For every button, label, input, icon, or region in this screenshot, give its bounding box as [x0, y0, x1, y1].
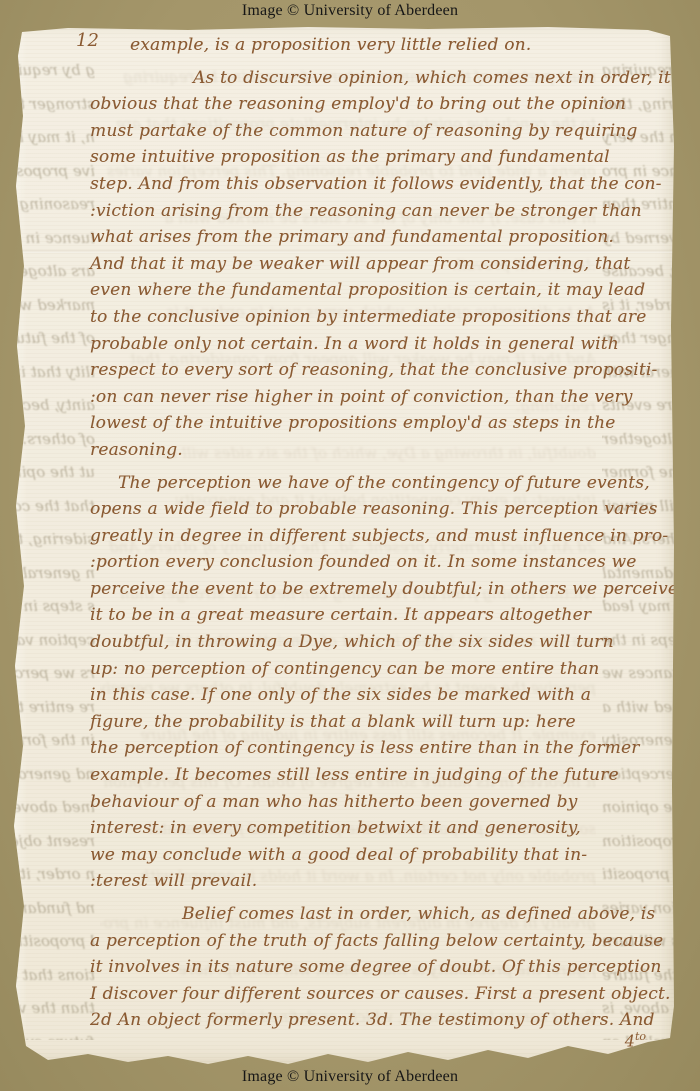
manuscript-line: some intuitive proposition as the primar… — [90, 144, 670, 171]
manuscript-line: we may conclude with a good deal of prob… — [90, 842, 670, 869]
bleedthrough-line: reasoning. — [11, 188, 95, 222]
bleedthrough-line: g by requiring — [11, 54, 95, 88]
bleedthrough-line: of others. And — [11, 423, 95, 457]
manuscript-page: g by requiring stronger thann, it may le… — [8, 26, 676, 1066]
bleedthrough-line: sidering, that — [11, 523, 95, 557]
bleedthrough-line: re entire than — [11, 691, 95, 725]
manuscript-line: :terest will prevail. — [90, 868, 670, 895]
manuscript-line: opens a wide field to probable reasoning… — [90, 496, 670, 523]
bleedthrough-line: s steps in the — [11, 590, 95, 624]
bleedthrough-line: l proposition. — [11, 925, 95, 959]
manuscript-line: perceive the event to be extremely doubt… — [90, 576, 670, 603]
image-credit-footer: Image © University of Aberdeen — [0, 1068, 700, 1086]
bleedthrough-line: ined above, is — [11, 791, 95, 825]
bleedthrough-line: ility that in- — [11, 356, 95, 390]
bleedthrough-line: tions that are — [11, 959, 95, 993]
manuscript-line: 2d An object formerly present. 3d. The t… — [90, 1007, 670, 1034]
manuscript-line: even where the fundamental proposition i… — [90, 277, 670, 304]
manuscript-line: :viction arising from the reasoning can … — [90, 198, 670, 225]
bleedthrough-line: rs we perceive — [11, 657, 95, 691]
manuscript-line: The perception we have of the contingenc… — [118, 470, 670, 497]
manuscript-line: And that it may be weaker will appear fr… — [90, 251, 670, 278]
bleedthrough-line: stronger than — [11, 88, 95, 122]
manuscript-scan: Image © University of Aberdeen g by requ… — [0, 0, 700, 1091]
manuscript-line: the perception of contingency is less en… — [90, 735, 670, 762]
manuscript-line: example, is a proposition very little re… — [130, 32, 670, 59]
manuscript-line: Belief comes last in order, which, as de… — [182, 901, 670, 928]
bleedthrough-line: of the future — [11, 322, 95, 356]
catchword: 4to — [625, 1030, 646, 1050]
bleedthrough-line: ut the opinion — [11, 456, 95, 490]
manuscript-line: :on can never rise higher in point of co… — [90, 384, 670, 411]
bleedthrough-line: ars altogether — [11, 255, 95, 289]
manuscript-line: it involves in its nature some degree of… — [90, 954, 670, 981]
manuscript-line: greatly in degree in different subjects,… — [90, 523, 670, 550]
bleedthrough-line: in the former — [11, 724, 95, 758]
manuscript-line: figure, the probability is that a blank … — [90, 709, 670, 736]
manuscript-line: it to be in a great measure certain. It … — [90, 602, 670, 629]
manuscript-line: up: no perception of contingency can be … — [90, 656, 670, 683]
bleedthrough-line: nd fundamental — [11, 892, 95, 926]
bleedthrough-line: marked with a — [11, 289, 95, 323]
manuscript-line: doubtful, in throwing a Dye, which of th… — [90, 629, 670, 656]
manuscript-line: :portion every conclusion founded on it.… — [90, 549, 670, 576]
manuscript-line: to the conclusive opinion by intermediat… — [90, 304, 670, 331]
bleedthrough-line: ception varies — [11, 624, 95, 658]
manuscript-line: behaviour of a man who has hitherto been… — [90, 789, 670, 816]
manuscript-line: reasoning. — [90, 437, 670, 464]
manuscript-text: example, is a proposition very little re… — [90, 32, 670, 1034]
manuscript-line: As to discursive opinion, which comes ne… — [193, 65, 670, 92]
manuscript-line: in this case. If one only of the six sid… — [90, 682, 670, 709]
image-credit-header: Image © University of Aberdeen — [0, 2, 700, 20]
bleedthrough-line: than the very — [11, 992, 95, 1026]
bleedthrough-left: g by requiring stronger thann, it may le… — [11, 54, 95, 1040]
manuscript-line: respect to every sort of reasoning, that… — [90, 357, 670, 384]
bleedthrough-line: that the con- — [11, 490, 95, 524]
manuscript-line: must partake of the common nature of rea… — [90, 118, 670, 145]
catchword-numeral: 4 — [625, 1031, 635, 1050]
manuscript-line: I discover four different sources or cau… — [90, 981, 670, 1008]
manuscript-line: lowest of the intuitive propositions emp… — [90, 410, 670, 437]
manuscript-line: probable only not certain. In a word it … — [90, 331, 670, 358]
bleedthrough-line: nd generosity, — [11, 758, 95, 792]
manuscript-line: what arises from the primary and fundame… — [90, 224, 670, 251]
bleedthrough-line: ainty, because — [11, 389, 95, 423]
bleedthrough-line: n, it may lead — [11, 121, 95, 155]
manuscript-line: interest: in every competition betwixt i… — [90, 815, 670, 842]
bleedthrough-line: future events, — [11, 1026, 95, 1041]
manuscript-line: a perception of the truth of facts falli… — [90, 928, 670, 955]
catchword-superscript: to — [635, 1030, 646, 1043]
manuscript-line: example. It becomes still less entire in… — [90, 762, 670, 789]
manuscript-line: obvious that the reasoning employ'd to b… — [90, 91, 670, 118]
manuscript-line: step. And from this observation it follo… — [90, 171, 670, 198]
bleedthrough-line: resent object. — [11, 825, 95, 859]
bleedthrough-line: ive propositi- — [11, 155, 95, 189]
bleedthrough-line: n general with — [11, 557, 95, 591]
